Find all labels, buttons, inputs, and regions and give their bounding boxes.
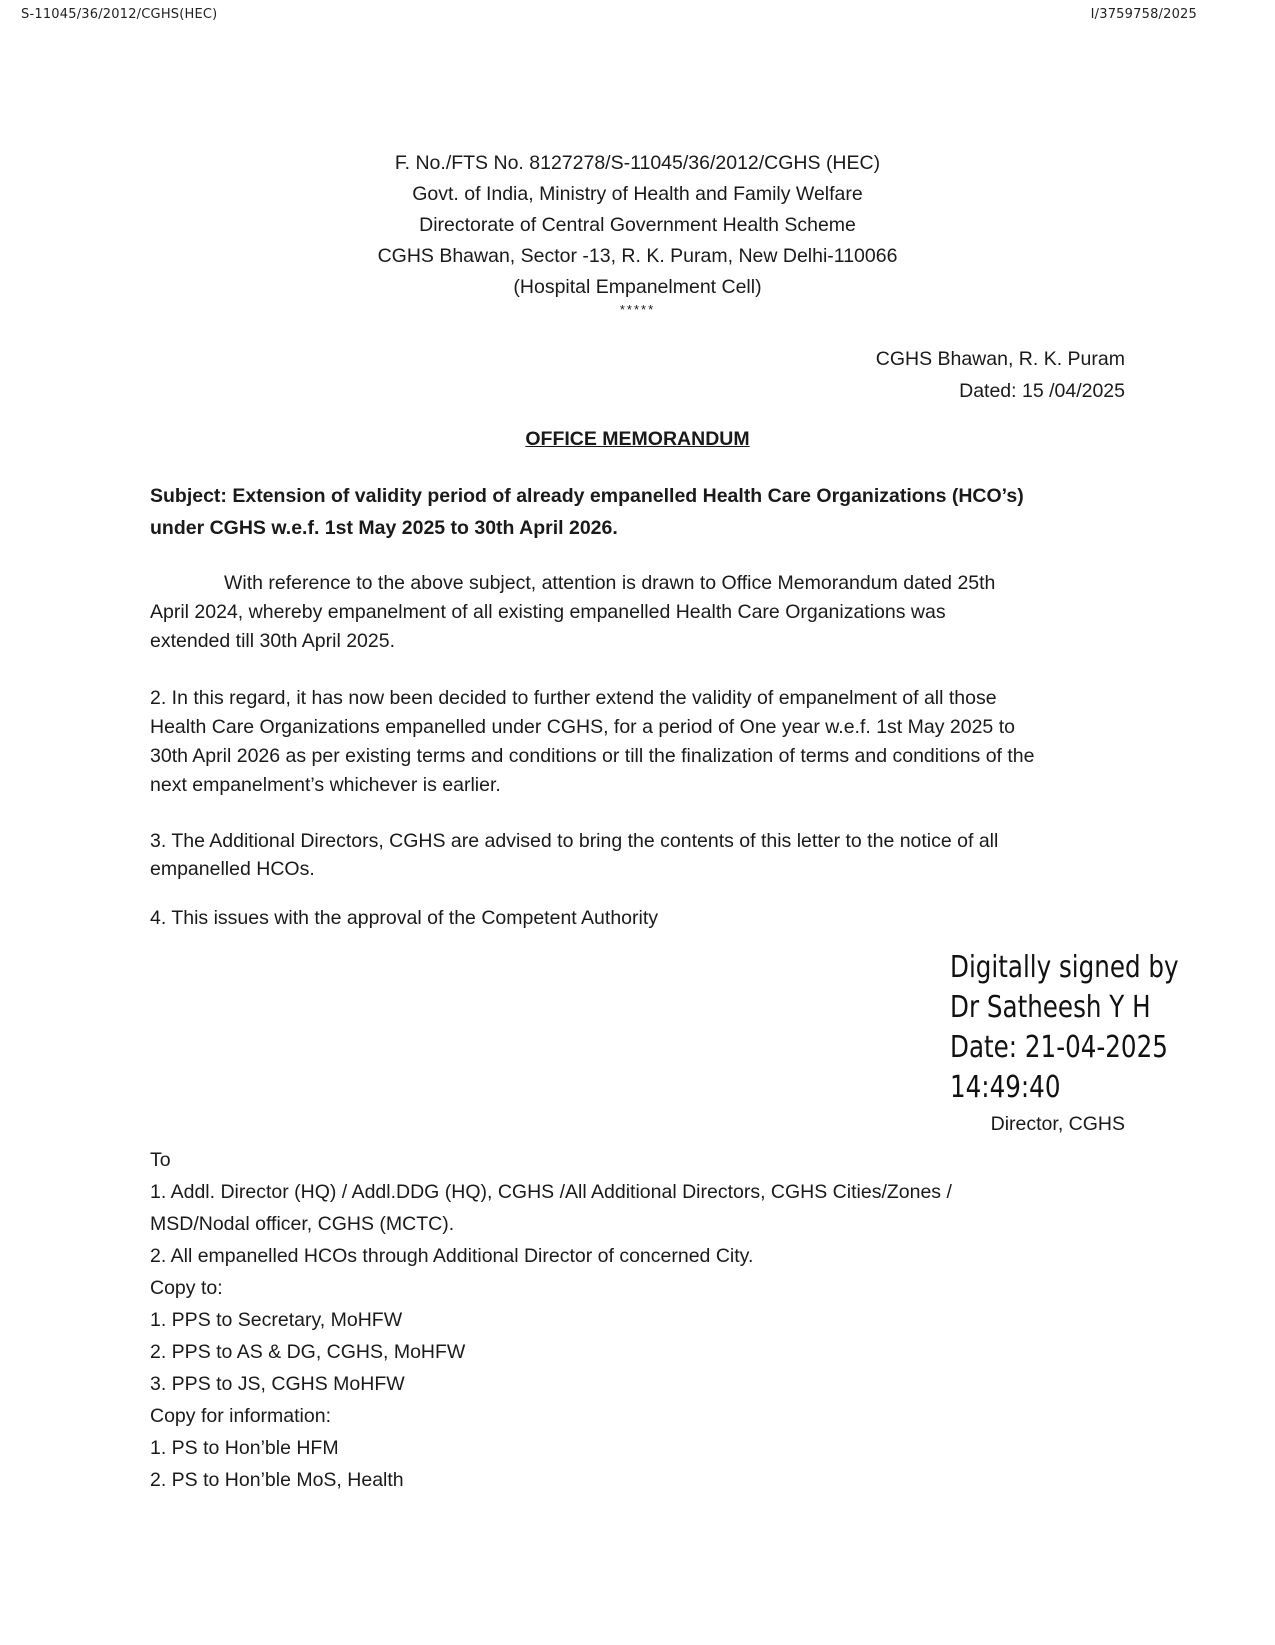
to-item: 1. Addl. Director (HQ) / Addl.DDG (HQ), … bbox=[150, 1176, 952, 1208]
signature-time: 14:49:40 bbox=[950, 1068, 1179, 1108]
cell-name: (Hospital Empanelment Cell) bbox=[0, 272, 1275, 303]
paragraph-line: 2. In this regard, it has now been decid… bbox=[150, 684, 1130, 713]
to-item: 2. All empanelled HCOs through Additiona… bbox=[150, 1240, 952, 1272]
signature-line: Digitally signed by bbox=[950, 948, 1179, 988]
document-number: I/3759758/2025 bbox=[1091, 7, 1197, 22]
paragraph-line: empanelled HCOs. bbox=[150, 855, 1130, 883]
subject-line: under CGHS w.e.f. 1st May 2025 to 30th A… bbox=[150, 512, 1130, 544]
paragraph-line: Health Care Organizations empanelled und… bbox=[150, 713, 1130, 742]
paragraph-2: 2. In this regard, it has now been decid… bbox=[150, 684, 1130, 800]
file-reference: S-11045/36/2012/CGHS(HEC) bbox=[21, 7, 217, 22]
copy-to-item: 1. PPS to Secretary, MoHFW bbox=[150, 1304, 952, 1336]
digital-signature: Digitally signed by Dr Satheesh Y H Date… bbox=[950, 948, 1179, 1108]
dated: Dated: 15 /04/2025 bbox=[876, 375, 1125, 407]
copy-info-item: 2. PS to Hon’ble MoS, Health bbox=[150, 1464, 952, 1496]
copy-info-item: 1. PS to Hon’ble HFM bbox=[150, 1432, 952, 1464]
ministry-name: Govt. of India, Ministry of Health and F… bbox=[0, 179, 1275, 210]
to-item: MSD/Nodal officer, CGHS (MCTC). bbox=[150, 1208, 952, 1240]
paragraph-line: With reference to the above subject, att… bbox=[224, 572, 995, 594]
place-date-block: CGHS Bhawan, R. K. Puram Dated: 15 /04/2… bbox=[876, 343, 1125, 407]
signer-name: Dr Satheesh Y H bbox=[950, 988, 1179, 1028]
subject: Subject: Extension of validity period of… bbox=[150, 480, 1130, 544]
subject-line: Subject: Extension of validity period of… bbox=[150, 480, 1130, 512]
copy-info-label: Copy for information: bbox=[150, 1400, 952, 1432]
separator-stars: ***** bbox=[0, 303, 1275, 317]
distribution-list: To 1. Addl. Director (HQ) / Addl.DDG (HQ… bbox=[150, 1144, 952, 1496]
place: CGHS Bhawan, R. K. Puram bbox=[876, 343, 1125, 375]
memo-title: OFFICE MEMORANDUM bbox=[0, 428, 1275, 451]
paragraph-line: 3. The Additional Directors, CGHS are ad… bbox=[150, 827, 1130, 855]
copy-to-label: Copy to: bbox=[150, 1272, 952, 1304]
paragraph-line: 30th April 2026 as per existing terms an… bbox=[150, 742, 1130, 771]
to-label: To bbox=[150, 1144, 952, 1176]
directorate-name: Directorate of Central Government Health… bbox=[0, 210, 1275, 241]
paragraph-line: next empanelment’s whichever is earlier. bbox=[150, 771, 1130, 800]
copy-to-item: 3. PPS to JS, CGHS MoHFW bbox=[150, 1368, 952, 1400]
office-address: CGHS Bhawan, Sector -13, R. K. Puram, Ne… bbox=[0, 241, 1275, 272]
letterhead: F. No./FTS No. 8127278/S-11045/36/2012/C… bbox=[0, 148, 1275, 317]
copy-to-item: 2. PPS to AS & DG, CGHS, MoHFW bbox=[150, 1336, 952, 1368]
paragraph-1: With reference to the above subject, att… bbox=[150, 569, 1130, 656]
paragraph-line: April 2024, whereby empanelment of all e… bbox=[150, 598, 1130, 627]
signer-designation: Director, CGHS bbox=[991, 1113, 1125, 1136]
paragraph-4: 4. This issues with the approval of the … bbox=[150, 904, 1130, 932]
paragraph-3: 3. The Additional Directors, CGHS are ad… bbox=[150, 827, 1130, 883]
file-number: F. No./FTS No. 8127278/S-11045/36/2012/C… bbox=[0, 148, 1275, 179]
paragraph-line: extended till 30th April 2025. bbox=[150, 627, 1130, 656]
signature-date: Date: 21-04-2025 bbox=[950, 1028, 1179, 1068]
